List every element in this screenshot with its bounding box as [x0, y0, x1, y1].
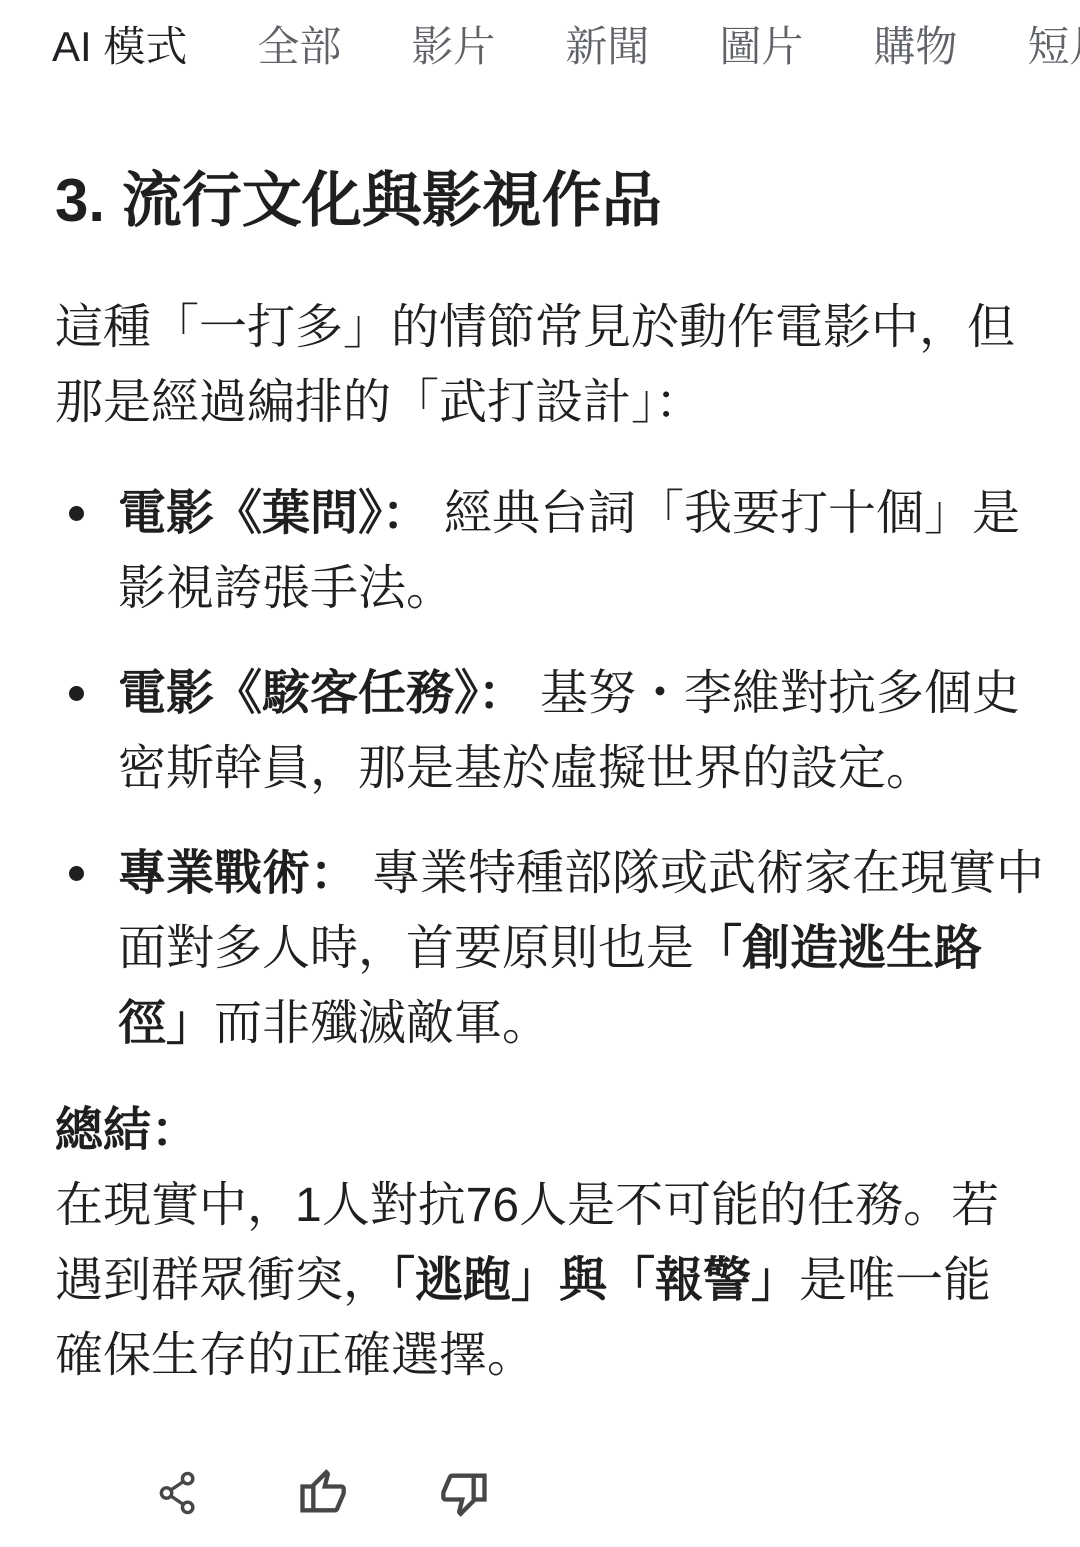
thumb-up-icon — [296, 1467, 348, 1519]
bullet-marker — [69, 506, 84, 521]
ai-answer-body: 3. 流行文化與影視作品 這種「一打多」的情節常見於動作電影中，但那是經過編排的… — [55, 166, 1030, 1523]
tab-news[interactable]: 新聞 — [565, 22, 649, 71]
tab-videos[interactable]: 影片 — [411, 22, 495, 71]
action-bar — [55, 1463, 1030, 1523]
intro-paragraph: 這種「一打多」的情節常見於動作電影中，但那是經過編排的「武打設計」： — [55, 290, 1030, 440]
bullet-marker — [69, 686, 84, 701]
bullet-label: 電影《駭客任務》： — [118, 667, 526, 720]
tab-short-videos[interactable]: 短片 — [1027, 22, 1080, 71]
bullet-text-after: 而非殲滅敵軍。 — [214, 997, 550, 1050]
summary-bold-phrase: 「逃跑」與「報警」 — [391, 1254, 799, 1307]
thumb-down-button[interactable] — [441, 1467, 489, 1519]
thumb-up-button[interactable] — [298, 1467, 346, 1519]
list-item-tactics: 專業戰術：專業特種部隊或武術家在現實中面對多人時，首要原則也是「創造逃生路徑」而… — [55, 836, 1050, 1061]
search-tabs: AI 模式 全部 影片 新聞 圖片 購物 短片 — [0, 0, 1080, 71]
thumb-down-icon — [439, 1467, 491, 1519]
share-button[interactable] — [155, 1467, 203, 1519]
tab-shopping[interactable]: 購物 — [873, 22, 957, 71]
share-icon — [156, 1468, 202, 1518]
tab-all[interactable]: 全部 — [257, 22, 341, 71]
bullet-label: 電影《葉問》： — [118, 487, 430, 540]
list-item-matrix: 電影《駭客任務》：基努・李維對抗多個史密斯幹員，那是基於虛擬世界的設定。 — [55, 656, 1050, 806]
summary-paragraph: 總結：在現實中，1人對抗76人是不可能的任務。若遇到群眾衝突，「逃跑」與「報警」… — [55, 1093, 1030, 1393]
tab-ai-mode[interactable]: AI 模式 — [52, 22, 187, 71]
bullet-label: 專業戰術： — [118, 847, 358, 900]
list-item-yip-man: 電影《葉問》：經典台詞「我要打十個」是影視誇張手法。 — [55, 476, 1050, 626]
bullet-list: 電影《葉問》：經典台詞「我要打十個」是影視誇張手法。 電影《駭客任務》：基努・李… — [55, 476, 1030, 1061]
section-heading: 3. 流行文化與影視作品 — [55, 166, 1030, 236]
tab-images[interactable]: 圖片 — [719, 22, 803, 71]
summary-label: 總結： — [55, 1093, 1030, 1168]
bullet-marker — [69, 866, 84, 881]
